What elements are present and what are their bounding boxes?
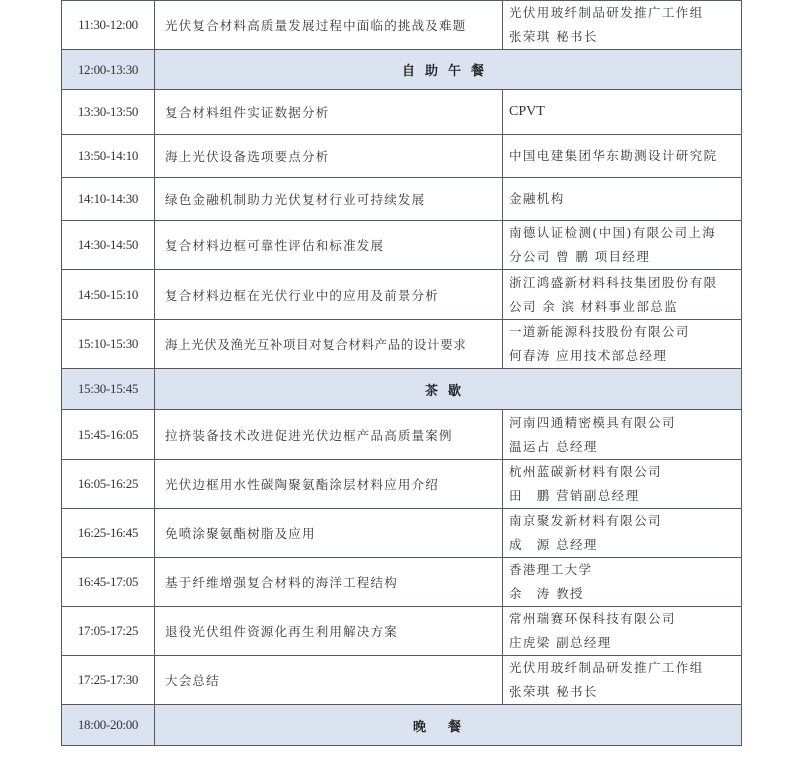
topic-cell: 基于纤维增强复合材料的海洋工程结构 (155, 558, 503, 607)
speaker-cell: 一道新能源科技股份有限公司 何春涛 应用技术部总经理 (503, 320, 742, 369)
time-cell: 13:30-13:50 (62, 90, 155, 135)
time-cell: 15:45-16:05 (62, 410, 155, 460)
speaker-cell: 南京聚发新材料有限公司 成 源 总经理 (503, 509, 742, 558)
break-label: 茶歇 (155, 369, 742, 410)
speaker-org: CPVT (509, 100, 741, 124)
time-cell: 16:25-16:45 (62, 509, 155, 558)
agenda-row: 13:30-13:50 复合材料组件实证数据分析 CPVT (62, 90, 742, 135)
speaker-name: 田 鹏 营销副总经理 (509, 484, 741, 508)
speaker-org: 光伏用玻纤制品研发推广工作组 (509, 1, 741, 25)
speaker-name: 张荣琪 秘书长 (509, 680, 741, 704)
speaker-name: 张荣琪 秘书长 (509, 25, 741, 49)
topic-cell: 拉挤装备技术改进促进光伏边框产品高质量案例 (155, 410, 503, 460)
speaker-org: 光伏用玻纤制品研发推广工作组 (509, 656, 741, 680)
speaker-cell: 浙江鸿盛新材料科技集团股份有限 公司 余 滨 材料事业部总监 (503, 270, 742, 320)
speaker-org: 常州瑞赛环保科技有限公司 (509, 607, 741, 631)
break-label: 自助午餐 (155, 50, 742, 90)
speaker-cell: 中国电建集团华东勘测设计研究院 (503, 135, 742, 178)
topic-cell: 海上光伏及渔光互补项目对复合材料产品的设计要求 (155, 320, 503, 369)
speaker-org: 中国电建集团华东勘测设计研究院 (509, 144, 741, 168)
topic-cell: 免喷涂聚氨酯树脂及应用 (155, 509, 503, 558)
speaker-name: 公司 余 滨 材料事业部总监 (509, 295, 741, 319)
speaker-name: 庄虎梁 副总经理 (509, 631, 741, 655)
topic-cell: 退役光伏组件资源化再生利用解决方案 (155, 607, 503, 656)
speaker-org: 一道新能源科技股份有限公司 (509, 320, 741, 344)
agenda-table: 11:30-12:00 光伏复合材料高质量发展过程中面临的挑战及难题 光伏用玻纤… (61, 0, 742, 746)
speaker-name: 分公司 曾 鹏 项目经理 (509, 245, 741, 269)
speaker-org: 香港理工大学 (509, 558, 741, 582)
agenda-row: 15:10-15:30 海上光伏及渔光互补项目对复合材料产品的设计要求 一道新能… (62, 320, 742, 369)
topic-cell: 复合材料边框在光伏行业中的应用及前景分析 (155, 270, 503, 320)
time-cell: 15:10-15:30 (62, 320, 155, 369)
speaker-cell: CPVT (503, 90, 742, 135)
agenda-row: 14:50-15:10 复合材料边框在光伏行业中的应用及前景分析 浙江鸿盛新材料… (62, 270, 742, 320)
time-cell: 11:30-12:00 (62, 1, 155, 50)
speaker-org: 金融机构 (509, 187, 741, 211)
time-cell: 16:45-17:05 (62, 558, 155, 607)
agenda-row: 16:45-17:05 基于纤维增强复合材料的海洋工程结构 香港理工大学 余 涛… (62, 558, 742, 607)
speaker-org: 浙江鸿盛新材料科技集团股份有限 (509, 271, 741, 295)
speaker-org: 南京聚发新材料有限公司 (509, 509, 741, 533)
agenda-row: 14:30-14:50 复合材料边框可靠性评估和标准发展 南德认证检测(中国)有… (62, 221, 742, 270)
speaker-cell: 河南四通精密模具有限公司 温运占 总经理 (503, 410, 742, 460)
speaker-cell: 南德认证检测(中国)有限公司上海 分公司 曾 鹏 项目经理 (503, 221, 742, 270)
speaker-org: 杭州蓝碳新材料有限公司 (509, 460, 741, 484)
speaker-name: 何春涛 应用技术部总经理 (509, 344, 741, 368)
time-cell: 16:05-16:25 (62, 460, 155, 509)
topic-cell: 海上光伏设备选项要点分析 (155, 135, 503, 178)
speaker-cell: 光伏用玻纤制品研发推广工作组 张荣琪 秘书长 (503, 1, 742, 50)
agenda-row: 15:45-16:05 拉挤装备技术改进促进光伏边框产品高质量案例 河南四通精密… (62, 410, 742, 460)
break-row-dinner: 18:00-20:00 晚餐 (62, 705, 742, 746)
agenda-row: 16:05-16:25 光伏边框用水性碳陶聚氨酯涂层材料应用介绍 杭州蓝碳新材料… (62, 460, 742, 509)
speaker-cell: 常州瑞赛环保科技有限公司 庄虎梁 副总经理 (503, 607, 742, 656)
time-cell: 15:30-15:45 (62, 369, 155, 410)
agenda-row: 11:30-12:00 光伏复合材料高质量发展过程中面临的挑战及难题 光伏用玻纤… (62, 1, 742, 50)
speaker-org: 南德认证检测(中国)有限公司上海 (509, 221, 741, 245)
time-cell: 14:30-14:50 (62, 221, 155, 270)
agenda-row: 17:05-17:25 退役光伏组件资源化再生利用解决方案 常州瑞赛环保科技有限… (62, 607, 742, 656)
speaker-cell: 光伏用玻纤制品研发推广工作组 张荣琪 秘书长 (503, 656, 742, 705)
speaker-cell: 金融机构 (503, 178, 742, 221)
time-cell: 12:00-13:30 (62, 50, 155, 90)
topic-cell: 光伏复合材料高质量发展过程中面临的挑战及难题 (155, 1, 503, 50)
time-cell: 14:50-15:10 (62, 270, 155, 320)
topic-cell: 复合材料边框可靠性评估和标准发展 (155, 221, 503, 270)
topic-cell: 大会总结 (155, 656, 503, 705)
agenda-row: 16:25-16:45 免喷涂聚氨酯树脂及应用 南京聚发新材料有限公司 成 源 … (62, 509, 742, 558)
topic-cell: 绿色金融机制助力光伏复材行业可持续发展 (155, 178, 503, 221)
break-row-tea: 15:30-15:45 茶歇 (62, 369, 742, 410)
time-cell: 18:00-20:00 (62, 705, 155, 746)
agenda-row: 13:50-14:10 海上光伏设备选项要点分析 中国电建集团华东勘测设计研究院 (62, 135, 742, 178)
topic-cell: 光伏边框用水性碳陶聚氨酯涂层材料应用介绍 (155, 460, 503, 509)
speaker-cell: 香港理工大学 余 涛 教授 (503, 558, 742, 607)
speaker-org: 河南四通精密模具有限公司 (509, 411, 741, 435)
speaker-cell: 杭州蓝碳新材料有限公司 田 鹏 营销副总经理 (503, 460, 742, 509)
break-label: 晚餐 (155, 705, 742, 746)
speaker-name: 余 涛 教授 (509, 582, 741, 606)
time-cell: 17:25-17:30 (62, 656, 155, 705)
time-cell: 17:05-17:25 (62, 607, 155, 656)
time-cell: 14:10-14:30 (62, 178, 155, 221)
time-cell: 13:50-14:10 (62, 135, 155, 178)
break-row-lunch: 12:00-13:30 自助午餐 (62, 50, 742, 90)
topic-cell: 复合材料组件实证数据分析 (155, 90, 503, 135)
agenda-row: 14:10-14:30 绿色金融机制助力光伏复材行业可持续发展 金融机构 (62, 178, 742, 221)
speaker-name: 成 源 总经理 (509, 533, 741, 557)
speaker-name: 温运占 总经理 (509, 435, 741, 459)
agenda-row: 17:25-17:30 大会总结 光伏用玻纤制品研发推广工作组 张荣琪 秘书长 (62, 656, 742, 705)
